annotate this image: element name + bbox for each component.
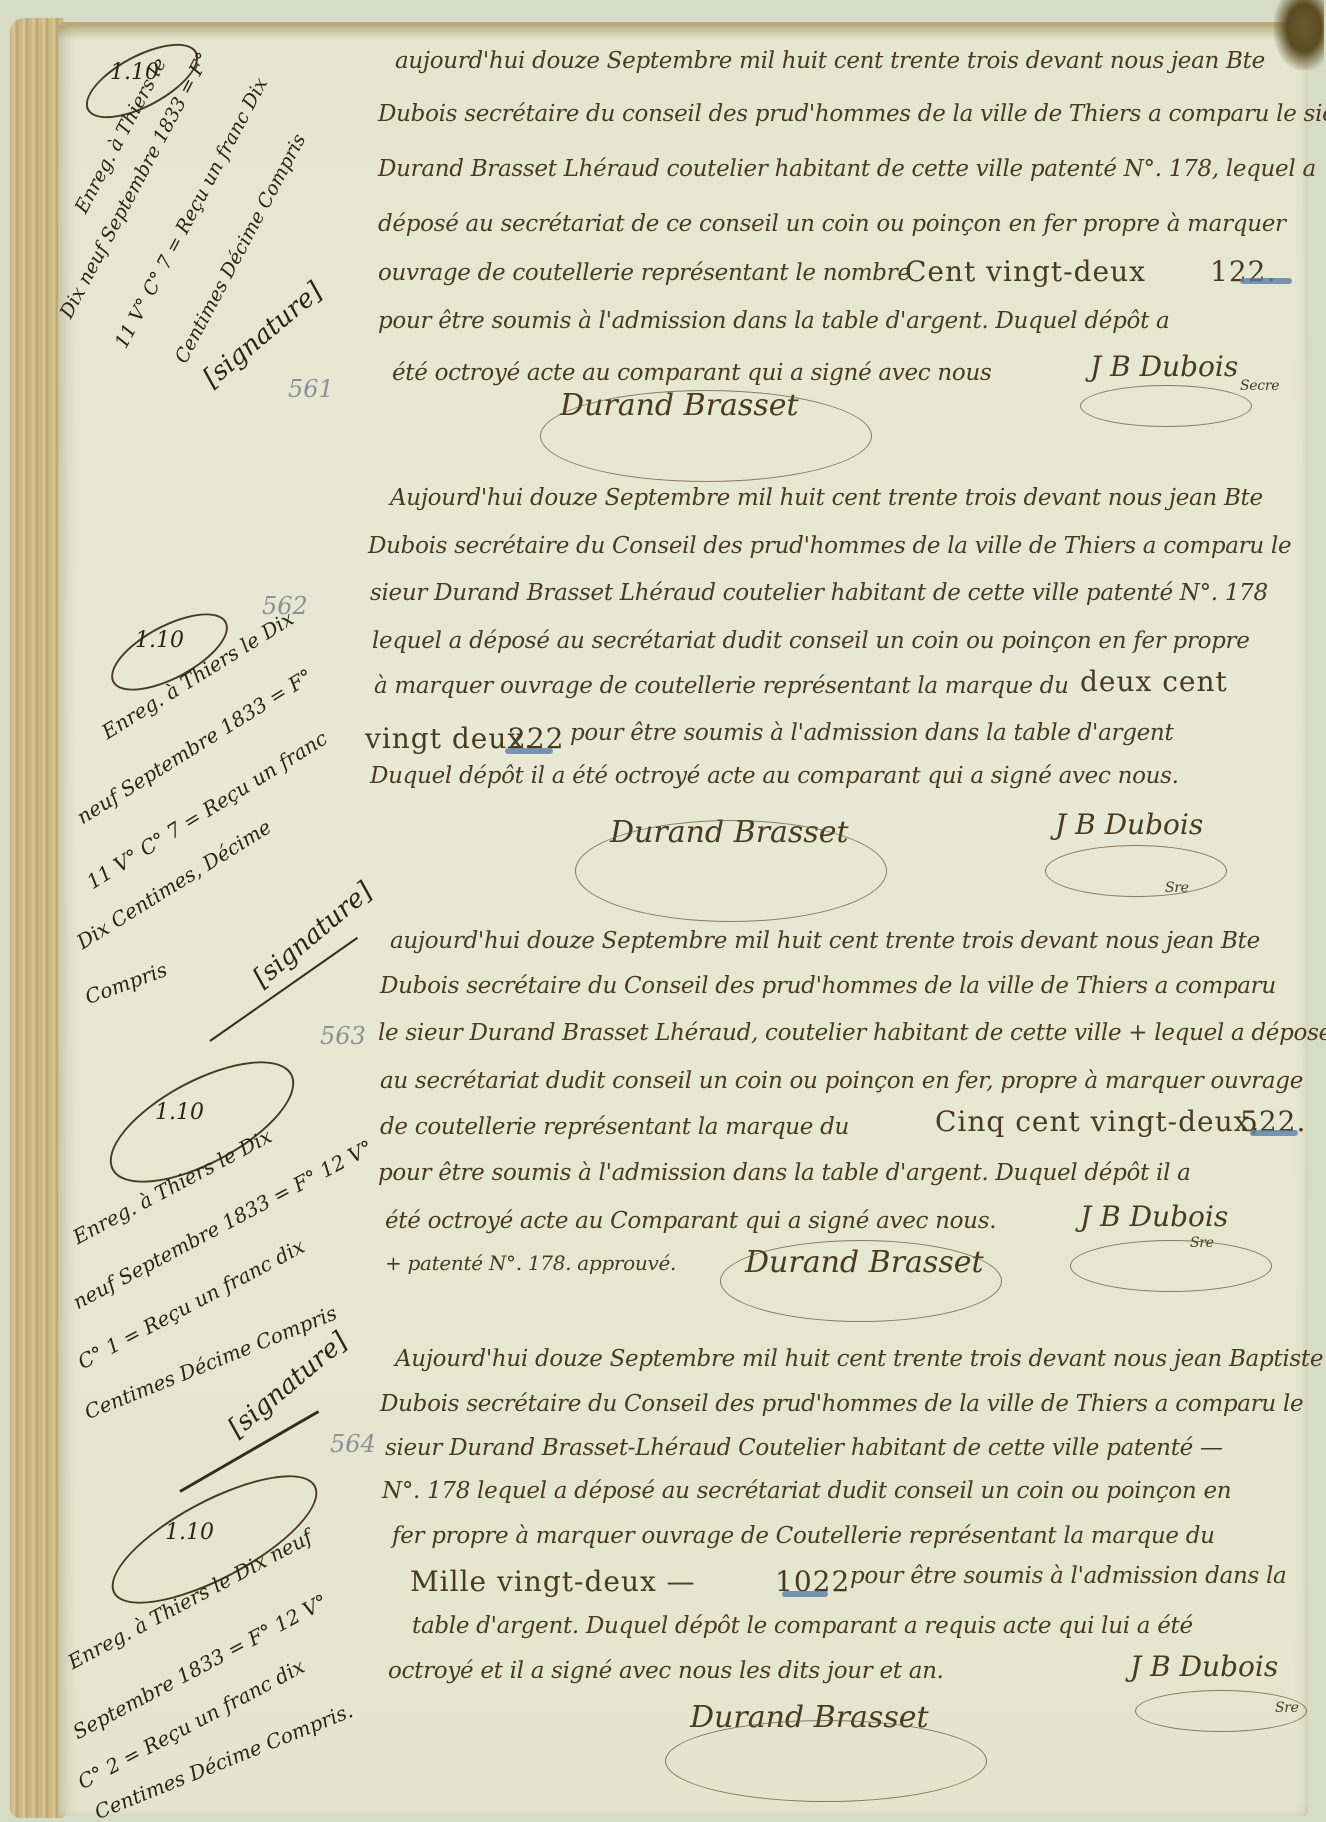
entry-3-line-8: + patenté N°. 178. approuvé. (385, 1253, 676, 1273)
entry-3-line-6: pour être soumis à l'admission dans la t… (378, 1162, 1191, 1185)
entry-4-line-6: pour être soumis à l'admission dans la (850, 1565, 1286, 1588)
entry-1-line-2: Dubois secrétaire du conseil des prud'ho… (378, 103, 1326, 126)
entry-3-blue-mark (1250, 1130, 1298, 1136)
entry-4-line-4: N°. 178 lequel a déposé au secrétariat d… (382, 1480, 1231, 1503)
entry-2-signature-flourish (575, 820, 887, 922)
entry-2-fee: 1.10 (135, 628, 184, 653)
entry-4-line-2: Dubois secrétaire du Conseil des prud'ho… (380, 1393, 1303, 1416)
entry-4-secretary-flourish (1135, 1690, 1307, 1732)
entry-1-secretary-signature: J B Dubois (1090, 350, 1238, 383)
entry-2-blue-mark (505, 748, 553, 754)
entry-3-line-2: Dubois secrétaire du Conseil des prud'ho… (380, 975, 1276, 998)
entry-2-line-3: sieur Durand Brasset Lhéraud coutelier h… (370, 582, 1268, 605)
entry-3-fee: 1.10 (155, 1100, 204, 1125)
scan-background: aujourd'hui douze Septembre mil huit cen… (0, 0, 1326, 1822)
entry-4-line-5: fer propre à marquer ouvrage de Coutelle… (392, 1525, 1215, 1548)
entry-4-signature-flourish (665, 1720, 987, 1802)
entry-3-line-4: au secrétariat dudit conseil un coin ou … (380, 1070, 1303, 1093)
entry-1-line-5: ouvrage de coutellerie représentant le n… (378, 262, 911, 285)
entry-4-mark-words: Mille vingt-deux — (410, 1565, 696, 1598)
entry-4-secretary-signature: J B Dubois (1130, 1650, 1278, 1683)
entry-3-secretary-flourish (1070, 1240, 1272, 1292)
entry-1-blue-mark (1240, 278, 1292, 284)
entry-2-line-5: à marquer ouvrage de coutellerie représe… (374, 675, 1069, 698)
entry-2-pencil-number: 562 (262, 592, 308, 620)
entry-1-secretary-flourish (1080, 385, 1252, 427)
page-top-stain (58, 26, 1308, 40)
entry-1-pencil-number: 561 (288, 375, 334, 403)
entry-2-line-7: Duquel dépôt il a été octroyé acte au co… (370, 765, 1179, 788)
entry-1-line-4: déposé au secrétariat de ce conseil un c… (378, 213, 1286, 236)
entry-3-mark-words: Cinq cent vingt-deux, (935, 1105, 1260, 1138)
entry-4-blue-mark (782, 1591, 828, 1597)
entry-1-line-1: aujourd'hui douze Septembre mil huit cen… (395, 50, 1265, 73)
entry-1-line-6: pour être soumis à l'admission dans la t… (378, 310, 1169, 333)
entry-3-line-1: aujourd'hui douze Septembre mil huit cen… (390, 930, 1260, 953)
entry-1-secretary-suffix: Secre (1240, 378, 1279, 394)
entry-2-secretary-signature: J B Dubois (1055, 808, 1203, 841)
entry-3-line-5: de coutellerie représentant la marque du (380, 1116, 849, 1139)
entry-3-signature-flourish (720, 1240, 1002, 1322)
entry-3-secretary-signature: J B Dubois (1080, 1200, 1228, 1233)
entry-4-line-3: sieur Durand Brasset-Lhéraud Coutelier h… (385, 1437, 1223, 1460)
entry-2-line-1: Aujourd'hui douze Septembre mil huit cen… (390, 487, 1263, 510)
entry-2-secretary-flourish (1045, 845, 1227, 897)
entry-1-line-7: été octroyé acte au comparant qui a sign… (392, 362, 991, 385)
entry-2-mark-words-1: deux cent (1080, 665, 1228, 698)
entry-3-line-3: le sieur Durand Brasset Lhéraud, couteli… (378, 1022, 1326, 1045)
entry-4-line-1: Aujourd'hui douze Septembre mil huit cen… (395, 1348, 1323, 1371)
binding-thread (1274, 0, 1324, 70)
entry-1-signature-flourish (540, 390, 872, 482)
entry-4-fee: 1.10 (165, 1520, 214, 1545)
entry-1-line-3: Durand Brasset Lhéraud coutelier habitan… (378, 158, 1316, 181)
entry-4-pencil-number: 564 (330, 1430, 376, 1458)
entry-3-pencil-number: 563 (320, 1022, 366, 1050)
book-page-edges (10, 18, 64, 1818)
entry-3-line-7: été octroyé acte au Comparant qui a sign… (385, 1210, 996, 1233)
entry-1-mark-words: Cent vingt-deux (905, 255, 1146, 288)
entry-4-line-7: table d'argent. Duquel dépôt le comparan… (412, 1615, 1193, 1638)
entry-4-line-8: octroyé et il a signé avec nous les dits… (388, 1660, 944, 1683)
entry-2-line-2: Dubois secrétaire du Conseil des prud'ho… (368, 535, 1291, 558)
entry-2-line-6: pour être soumis à l'admission dans la t… (570, 722, 1173, 745)
entry-2-line-4: lequel a déposé au secrétariat dudit con… (372, 630, 1250, 653)
